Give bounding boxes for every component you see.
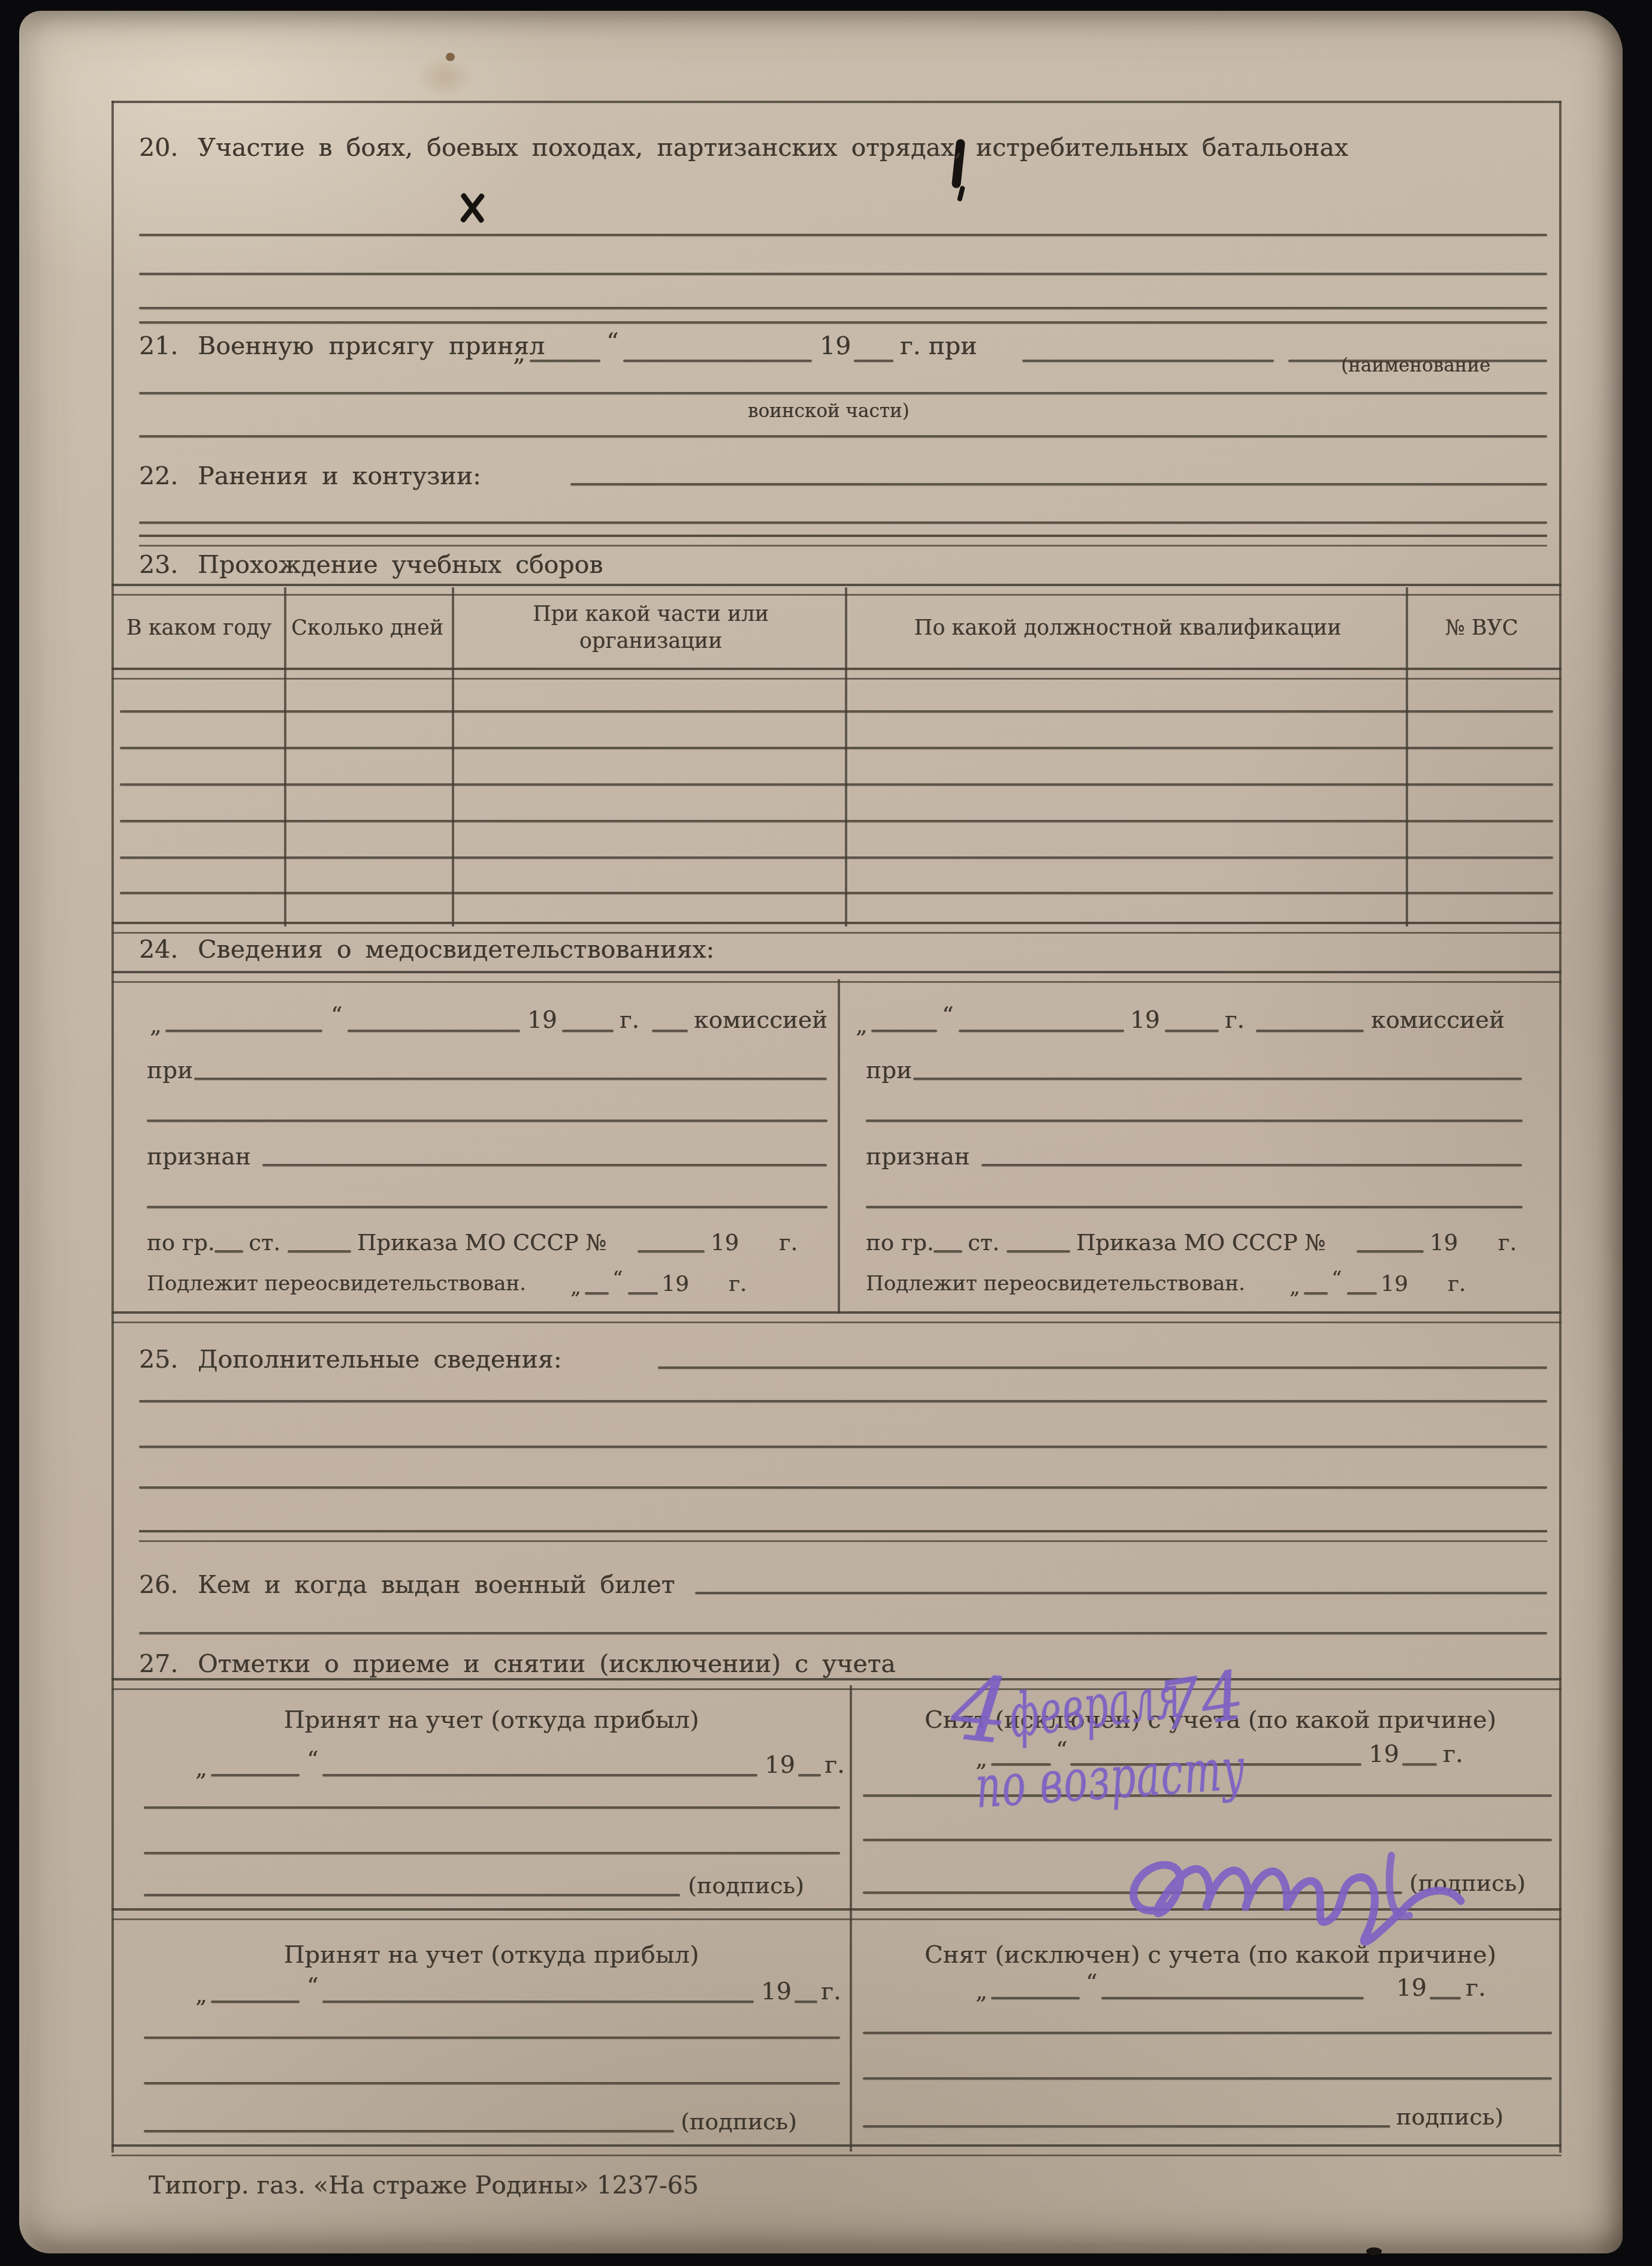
table-bottom-rule [111, 922, 1562, 934]
ruled-line [139, 521, 1547, 524]
blank [1256, 1030, 1364, 1032]
year-19: 19 [1369, 1740, 1399, 1768]
blank [144, 1894, 680, 1896]
blank [144, 1852, 840, 1854]
year-19: 19 [711, 1230, 739, 1256]
g-label: г. [779, 1230, 798, 1256]
ruled-line [139, 1486, 1547, 1489]
table-header-rule [111, 668, 1562, 680]
section20-number: 20. [139, 133, 178, 162]
quote-close: “ [1331, 1267, 1342, 1291]
year-19: 19 [1130, 1007, 1160, 1034]
blank [798, 1774, 821, 1776]
blank [585, 1292, 609, 1295]
section27-title: Отметки о приеме и снятии (исключении) с… [198, 1649, 896, 1678]
ruled-line [139, 1400, 1547, 1402]
quote-close: “ [1086, 1969, 1097, 1996]
inline-blank [695, 1592, 1547, 1594]
g-label: г. [1466, 1974, 1486, 2002]
year-19: 19 [765, 1751, 795, 1779]
st-label: ст. [249, 1230, 280, 1256]
blank [863, 2125, 1390, 2128]
prikaz-label: Приказа МО СССР № [357, 1230, 606, 1256]
blank [1357, 1250, 1424, 1253]
table-row-line [120, 820, 1553, 822]
blank [913, 1078, 1522, 1080]
section27-number: 27. [139, 1649, 178, 1678]
year-19: 19 [1381, 1272, 1408, 1296]
blank [144, 2082, 840, 2084]
g-label: г. [825, 1751, 845, 1779]
section24-bottom-rule [111, 1311, 1562, 1323]
g-label: г. [1225, 1007, 1245, 1034]
g-label: г. [821, 1978, 841, 2005]
blank [863, 2077, 1552, 2080]
blank [147, 1120, 827, 1122]
blank [215, 1250, 243, 1253]
ruled-line [139, 273, 1547, 275]
section20-title: Участие в боях, боевых походах, партизан… [198, 133, 1348, 162]
quote-close: “ [307, 1973, 318, 1999]
quote-open: „ [150, 1012, 162, 1038]
section22-number: 22. [139, 461, 178, 490]
blank [991, 1997, 1080, 1999]
blank [1101, 1997, 1364, 1999]
accept-header: Принят на учет (откуда прибыл) [144, 1706, 839, 1736]
blank [866, 1120, 1523, 1122]
signature-label-cut: подпись) [1396, 2104, 1503, 2130]
g-label: г. [620, 1007, 639, 1034]
double-rule [139, 535, 1547, 547]
section21-number: 21. [139, 331, 178, 360]
blank [322, 2001, 754, 2003]
ruled-line [139, 1632, 1547, 1634]
commission-label: комиссией [1371, 1007, 1505, 1034]
section25-title: Дополнительные сведения: [198, 1345, 561, 1374]
ink-blot-tail [957, 185, 965, 201]
blank [866, 1206, 1523, 1208]
blank [322, 1774, 757, 1776]
priznan-label: признан [866, 1143, 970, 1170]
hint-naimenovanie: (наименование [1341, 355, 1490, 376]
priznan-label: признан [147, 1143, 250, 1170]
form-border-top [111, 101, 1562, 103]
blank [1402, 1763, 1437, 1766]
year-19: 19 [1396, 1974, 1427, 2002]
blank [288, 1250, 351, 1253]
blank [934, 1250, 962, 1253]
blank [348, 1030, 520, 1032]
table-top-rule [111, 584, 1562, 596]
blank [144, 2036, 840, 2039]
table-divider [284, 587, 286, 927]
handwritten-day: 4 [947, 1655, 1014, 1765]
pri-label: при [147, 1057, 193, 1084]
col-header-vus: № ВУС [1408, 609, 1555, 647]
table-divider [845, 587, 847, 927]
section27-top-rule [111, 1678, 1562, 1690]
blank [165, 1030, 322, 1032]
double-rule [139, 1530, 1547, 1542]
ruled-line [139, 1446, 1547, 1448]
prikaz-label: Приказа МО СССР № [1076, 1230, 1325, 1256]
blank [628, 1292, 658, 1295]
blank-year [854, 360, 893, 362]
quote-open: „ [570, 1275, 581, 1299]
ruled-line [139, 307, 1547, 309]
resurvey-label: Подлежит переосвидетельствован. [866, 1272, 1245, 1296]
section24-number: 24. [139, 935, 178, 964]
accept-header: Принят на учет (откуда прибыл) [144, 1941, 839, 1971]
year-19: 19 [761, 1978, 792, 2005]
col-header-qual: По какой должностной квалификации [858, 599, 1397, 657]
section25-number: 25. [139, 1345, 178, 1374]
blank [1430, 1997, 1461, 1999]
blank [211, 1774, 300, 1776]
blank [262, 1164, 827, 1166]
g-label: г. [1443, 1740, 1463, 1768]
blank [795, 2001, 817, 2003]
section27-bottom-rule [111, 2144, 1562, 2156]
blank [863, 2032, 1552, 2034]
pri-label: при [866, 1057, 912, 1084]
quote-close: “ [606, 328, 618, 356]
section26-title: Кем и когда выдан военный билет [198, 1570, 675, 1599]
screenshot-root: 20. Участие в боях, боевых походах, парт… [0, 0, 1652, 2266]
section21-title: Военную присягу принял [198, 331, 545, 360]
printing-house-imprint: Типогр. газ. «На страже Родины» 1237-65 [149, 2171, 699, 2199]
blank [194, 1078, 827, 1080]
handwritten-signature-scribble [1110, 1829, 1499, 1955]
paper-speck [446, 53, 455, 61]
inline-blank [570, 483, 1547, 485]
ruled-line [139, 321, 1547, 324]
year-19: 19 [1430, 1230, 1458, 1256]
quote-open: „ [195, 1981, 207, 2008]
table-divider [1406, 587, 1408, 927]
year-19: 19 [527, 1007, 557, 1034]
ruled-line [139, 234, 1547, 236]
section22-title: Ранения и контузии: [198, 461, 481, 490]
table-row-line [120, 747, 1553, 749]
handwritten-year: 74 [1153, 1656, 1249, 1747]
inline-blank [658, 1366, 1547, 1369]
po-gr-label: по гр. [147, 1230, 215, 1256]
hint-voinskoy-chasti: воинской части) [748, 400, 910, 422]
quote-open: „ [976, 1978, 987, 2004]
section24-divider [838, 979, 840, 1314]
blank [1007, 1250, 1070, 1253]
year-19: 19 [820, 331, 851, 360]
signature-label: (подпись) [681, 2108, 797, 2135]
section24-title: Сведения о медосвидетельствованиях: [198, 935, 714, 964]
quote-open: „ [513, 339, 526, 367]
blank-day [530, 360, 600, 362]
st-label: ст. [968, 1230, 999, 1256]
ruled-line [139, 392, 1547, 394]
blank [144, 1806, 840, 1809]
section26-number: 26. [139, 1570, 178, 1599]
resurvey-label: Подлежит переосвидетельствован. [147, 1272, 526, 1296]
table-row-line [120, 710, 1553, 713]
section23-number: 23. [139, 550, 178, 579]
blank [1347, 1292, 1377, 1295]
blank [959, 1030, 1124, 1032]
quote-open: „ [1289, 1275, 1300, 1299]
commission-label: комиссией [694, 1007, 827, 1034]
quote-close: “ [612, 1267, 623, 1291]
ruled-line [139, 435, 1547, 437]
blank-month [623, 360, 812, 362]
g-label: г. [729, 1272, 747, 1296]
g-label: г. [1448, 1272, 1466, 1296]
table-row-line [120, 783, 1553, 786]
quote-close: “ [942, 1002, 953, 1028]
table-divider [452, 587, 454, 927]
blank [144, 2130, 674, 2132]
blank [1304, 1292, 1328, 1295]
quote-open: „ [195, 1755, 207, 1781]
blank [638, 1250, 705, 1253]
blank [562, 1030, 614, 1032]
quote-close: “ [331, 1002, 342, 1028]
table-row-line [120, 856, 1553, 859]
blank [147, 1206, 827, 1208]
quote-close: “ [307, 1746, 318, 1773]
form-border-right [1559, 101, 1562, 2153]
quote-open: „ [856, 1012, 868, 1038]
col-header-unit: При какой части или организации [463, 599, 839, 657]
col-header-days: Сколько дней [288, 599, 447, 657]
paper-speck-bottom [1366, 2247, 1382, 2255]
signature-label: (подпись) [688, 1872, 804, 1899]
section23-title: Прохождение учебных сборов [198, 550, 603, 579]
po-gr-label: по гр. [866, 1230, 934, 1256]
g-label: г. [1498, 1230, 1517, 1256]
table-row-line [120, 892, 1553, 894]
g-pri-label: г. при [900, 331, 977, 360]
col-header-year: В каком году [117, 599, 280, 657]
blank [211, 2001, 300, 2003]
year-19: 19 [662, 1272, 689, 1296]
blank [1165, 1030, 1219, 1032]
blank-unit-1 [1022, 360, 1274, 362]
blank [871, 1030, 937, 1032]
blank [981, 1164, 1522, 1166]
section24-top-rule [111, 971, 1562, 983]
form-border-left [111, 101, 114, 2153]
blank [652, 1030, 688, 1032]
